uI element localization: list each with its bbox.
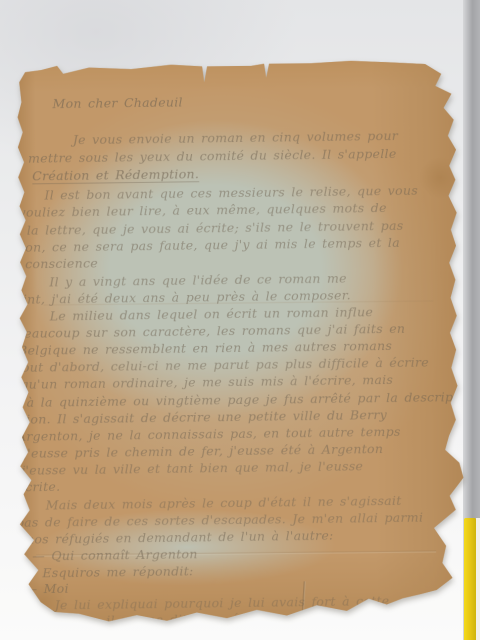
paper-hole	[19, 496, 24, 502]
handwritten-letter: Mon cher ChadeuilJe vous envoie un roman…	[11, 58, 467, 629]
letter-line: bon, ce ne sera pas faute, que j'y ai mi…	[17, 235, 400, 255]
letter-line: vint, j'ai été deux ans à peu près à le …	[15, 287, 351, 306]
letter-line: Esquiros me répondit:	[42, 563, 193, 580]
letter-line: Je lui expliquai pourquoi je lui avais f…	[55, 593, 390, 612]
letter-line: mettre sous les yeux du comité du siècle…	[28, 146, 397, 166]
letter-line: conscience	[25, 255, 98, 271]
letter-line: — Moi	[24, 581, 68, 597]
letter-line: Je vous envoie un roman en cinq volumes …	[73, 128, 398, 147]
letter-line: — Qui connaît Argenton	[32, 546, 198, 563]
handwritten-letter-paper: Mon cher ChadeuilJe vous envoie un roman…	[11, 58, 467, 629]
letter-line: pas de faire de ces sortes d'escapades. …	[16, 510, 424, 530]
letter-line: Mon cher Chadeuil	[52, 94, 183, 111]
letter-line: écrite.	[17, 479, 60, 495]
letter-photograph: Mon cher ChadeuilJe vous envoie un roman…	[0, 0, 480, 640]
letter-line: Création et Rédemption.	[32, 166, 199, 183]
paper-hole	[14, 414, 21, 422]
letter-line: vouliez bien leur lire, à eux même, quel…	[19, 200, 387, 220]
photo-right-sliver	[476, 518, 480, 640]
letter-line: nos réfugiés en demandant de l'un à l'au…	[26, 528, 334, 547]
letter-line: question, il ne me dit rien, écouta atte…	[39, 609, 374, 628]
letter-line: qu'un roman ordinaire, je me suis mis à …	[20, 372, 393, 392]
letter-lines: Mon cher ChadeuilJe vous envoie un roman…	[11, 58, 467, 629]
letter-line: à la quinzième ou vingtième page je fus …	[27, 389, 454, 410]
letter-line: Il y a vingt ans que l'idée de ce roman …	[49, 270, 347, 289]
letter-line: j'eusse vu la ville et tant bien que mal…	[21, 458, 363, 477]
letter-line: Le milieu dans lequel on écrit un roman …	[50, 304, 374, 323]
